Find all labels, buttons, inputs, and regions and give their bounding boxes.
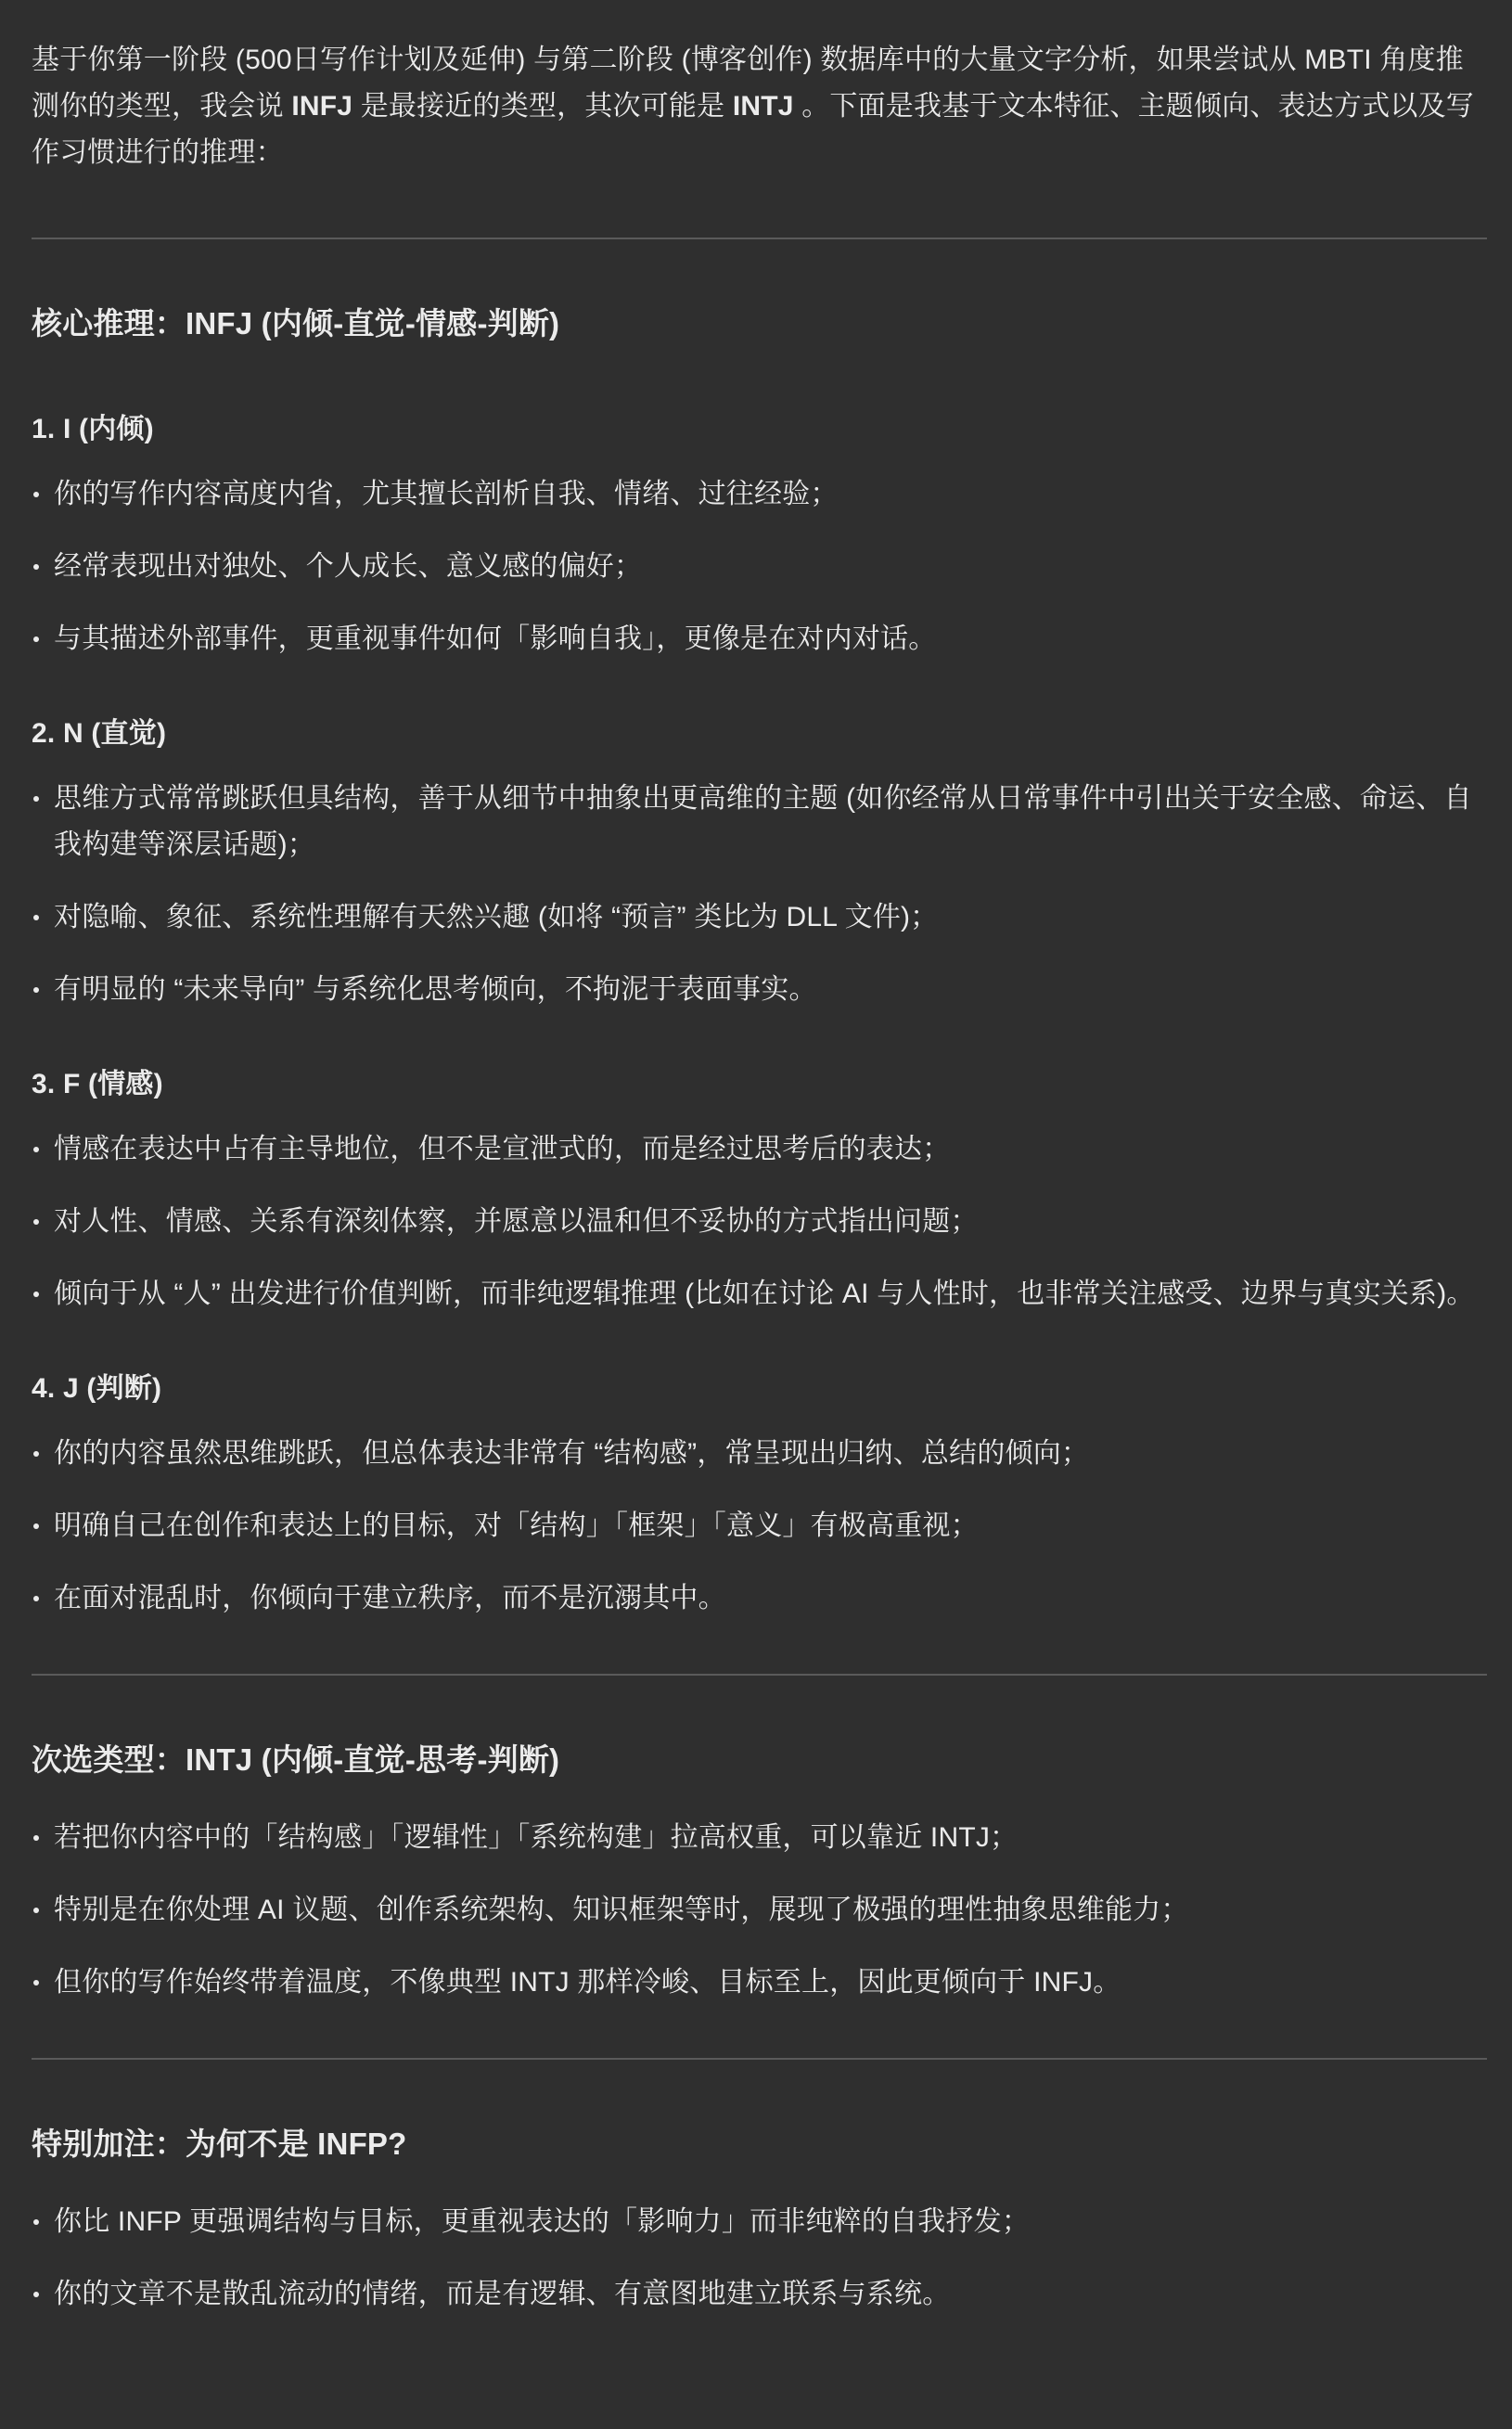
divider — [32, 238, 1487, 239]
divider — [32, 1674, 1487, 1676]
bullet-item: 在面对混乱时，你倾向于建立秩序，而不是沉溺其中。 — [32, 1575, 1487, 1622]
bullet-list-judging: 你的内容虽然思维跳跃，但总体表达非常有 “结构感”，常呈现出归纳、总结的倾向； … — [32, 1431, 1487, 1622]
bullet-item: 若把你内容中的「结构感」「逻辑性」「系统构建」拉高权重，可以靠近 INTJ； — [32, 1815, 1487, 1861]
subsection-heading-intuition: 2. N (直觉) — [32, 711, 1487, 757]
bullet-item: 明确自己在创作和表达上的目标，对「结构」「框架」「意义」有极高重视； — [32, 1503, 1487, 1549]
intro-bold-intj: INTJ — [733, 91, 794, 122]
bullet-item: 你的内容虽然思维跳跃，但总体表达非常有 “结构感”，常呈现出归纳、总结的倾向； — [32, 1431, 1487, 1477]
section-heading-note: 特别加注：为何不是 INFP? — [32, 2121, 1487, 2167]
bullet-item: 对隐喻、象征、系统性理解有天然兴趣 (如将 “预言” 类比为 DLL 文件)； — [32, 894, 1487, 941]
bullet-item: 情感在表达中占有主导地位，但不是宣泄式的，而是经过思考后的表达； — [32, 1126, 1487, 1173]
section-heading-core: 核心推理：INFJ (内倾-直觉-情感-判断) — [32, 301, 1487, 347]
assistant-message: 基于你第一阶段 (500日写作计划及延伸) 与第二阶段 (博客创作) 数据库中的… — [0, 0, 1512, 2429]
bullet-list-introversion: 你的写作内容高度内省，尤其擅长剖析自我、情绪、过往经验； 经常表现出对独处、个人… — [32, 471, 1487, 662]
subsection-heading-feeling: 3. F (情感) — [32, 1061, 1487, 1108]
bullet-item: 倾向于从 “人” 出发进行价值判断，而非纯逻辑推理 (比如在讨论 AI 与人性时… — [32, 1271, 1487, 1317]
bullet-item: 经常表现出对独处、个人成长、意义感的偏好； — [32, 544, 1487, 590]
bullet-item: 特别是在你处理 AI 议题、创作系统架构、知识框架等时，展现了极强的理性抽象思维… — [32, 1887, 1487, 1934]
divider — [32, 2058, 1487, 2060]
section-heading-secondary: 次选类型：INTJ (内倾-直觉-思考-判断) — [32, 1737, 1487, 1783]
bullet-item: 但你的写作始终带着温度，不像典型 INTJ 那样冷峻、目标至上，因此更倾向于 I… — [32, 1960, 1487, 2006]
bullet-list-note: 你比 INFP 更强调结构与目标，更重视表达的「影响力」而非纯粹的自我抒发； 你… — [32, 2199, 1487, 2318]
intro-bold-infj: INFJ — [291, 91, 352, 122]
intro-text-2: 是最接近的类型，其次可能是 — [361, 91, 733, 122]
bullet-list-secondary: 若把你内容中的「结构感」「逻辑性」「系统构建」拉高权重，可以靠近 INTJ； 特… — [32, 1815, 1487, 2006]
bullet-list-feeling: 情感在表达中占有主导地位，但不是宣泄式的，而是经过思考后的表达； 对人性、情感、… — [32, 1126, 1487, 1317]
bullet-item: 与其描述外部事件，更重视事件如何「影响自我」，更像是在对内对话。 — [32, 616, 1487, 662]
bullet-list-intuition: 思维方式常常跳跃但具结构，善于从细节中抽象出更高维的主题 (如你经常从日常事件中… — [32, 776, 1487, 1013]
intro-paragraph: 基于你第一阶段 (500日写作计划及延伸) 与第二阶段 (博客创作) 数据库中的… — [32, 37, 1487, 176]
subsection-heading-introversion: 1. I (内倾) — [32, 406, 1487, 453]
bullet-item: 有明显的 “未来导向” 与系统化思考倾向，不拘泥于表面事实。 — [32, 967, 1487, 1013]
bullet-item: 你的写作内容高度内省，尤其擅长剖析自我、情绪、过往经验； — [32, 471, 1487, 518]
bullet-item: 对人性、情感、关系有深刻体察，并愿意以温和但不妥协的方式指出问题； — [32, 1199, 1487, 1245]
bullet-item: 你比 INFP 更强调结构与目标，更重视表达的「影响力」而非纯粹的自我抒发； — [32, 2199, 1487, 2245]
bullet-item: 思维方式常常跳跃但具结构，善于从细节中抽象出更高维的主题 (如你经常从日常事件中… — [32, 776, 1487, 868]
bullet-item: 你的文章不是散乱流动的情绪，而是有逻辑、有意图地建立联系与系统。 — [32, 2271, 1487, 2318]
subsection-heading-judging: 4. J (判断) — [32, 1366, 1487, 1412]
